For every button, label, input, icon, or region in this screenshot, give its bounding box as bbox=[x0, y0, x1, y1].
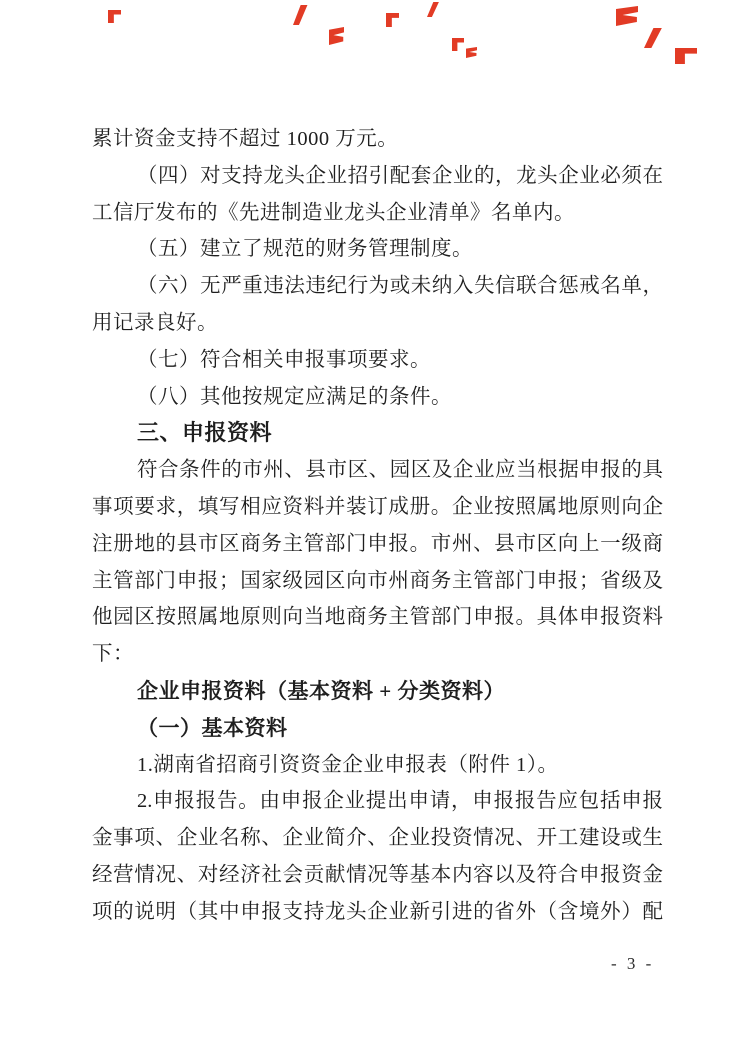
page-number: - 3 - bbox=[611, 954, 654, 974]
red-stamp-fragment bbox=[466, 47, 477, 58]
text-line: 三、申报资料 bbox=[92, 415, 663, 452]
red-stamp-fragment bbox=[452, 38, 464, 51]
document-body: 累计资金支持不超过 1000 万元。（四）对支持龙头企业招引配套企业的，龙头企业… bbox=[92, 121, 663, 931]
text-line: 企业申报资料（基本资料 + 分类资料） bbox=[92, 673, 663, 710]
red-stamp-fragment bbox=[675, 48, 697, 64]
text-line: （四）对支持龙头企业招引配套企业的，龙头企业必须在省 bbox=[92, 158, 663, 195]
red-stamp-fragment bbox=[427, 2, 441, 17]
text-line: 累计资金支持不超过 1000 万元。 bbox=[92, 121, 663, 158]
red-stamp-fragment bbox=[616, 6, 638, 26]
text-line: 主管部门申报；国家级园区向市州商务主管部门申报；省级及其 bbox=[92, 563, 663, 600]
text-line: 金事项、企业名称、企业简介、企业投资情况、开工建设或生产 bbox=[92, 820, 663, 857]
text-line: 他园区按照属地原则向当地商务主管部门申报。具体申报资料如 bbox=[92, 599, 663, 636]
text-line: 下： bbox=[92, 636, 663, 673]
red-stamp-fragment bbox=[108, 10, 121, 23]
text-line: 用记录良好。 bbox=[92, 305, 663, 342]
red-stamp-fragment bbox=[644, 28, 665, 48]
text-line: （一）基本资料 bbox=[92, 710, 663, 747]
red-stamp-fragment bbox=[329, 27, 344, 45]
text-line: 符合条件的市州、县市区、园区及企业应当根据申报的具体 bbox=[92, 452, 663, 489]
document-page: 累计资金支持不超过 1000 万元。（四）对支持龙头企业招引配套企业的，龙头企业… bbox=[0, 0, 750, 1060]
text-line: 经营情况、对经济社会贡献情况等基本内容以及符合申报资金事 bbox=[92, 857, 663, 894]
red-stamp-fragment bbox=[293, 5, 310, 25]
text-line: 项的说明（其中申报支持龙头企业新引进的省外（含境外）配套 bbox=[92, 894, 663, 931]
text-line: （六）无严重违法违纪行为或未纳入失信联合惩戒名单，信 bbox=[92, 268, 663, 305]
red-stamp-fragment bbox=[386, 13, 399, 27]
text-line: 注册地的县市区商务主管部门申报。市州、县市区向上一级商务 bbox=[92, 526, 663, 563]
text-line: 1.湖南省招商引资资金企业申报表（附件 1）。 bbox=[92, 747, 663, 784]
text-line: （八）其他按规定应满足的条件。 bbox=[92, 379, 663, 416]
text-line: （五）建立了规范的财务管理制度。 bbox=[92, 231, 663, 268]
text-line: 工信厅发布的《先进制造业龙头企业清单》名单内。 bbox=[92, 195, 663, 232]
text-line: 2.申报报告。由申报企业提出申请，申报报告应包括申报资 bbox=[92, 783, 663, 820]
text-line: 事项要求，填写相应资料并装订成册。企业按照属地原则向企业 bbox=[92, 489, 663, 526]
text-line: （七）符合相关申报事项要求。 bbox=[92, 342, 663, 379]
